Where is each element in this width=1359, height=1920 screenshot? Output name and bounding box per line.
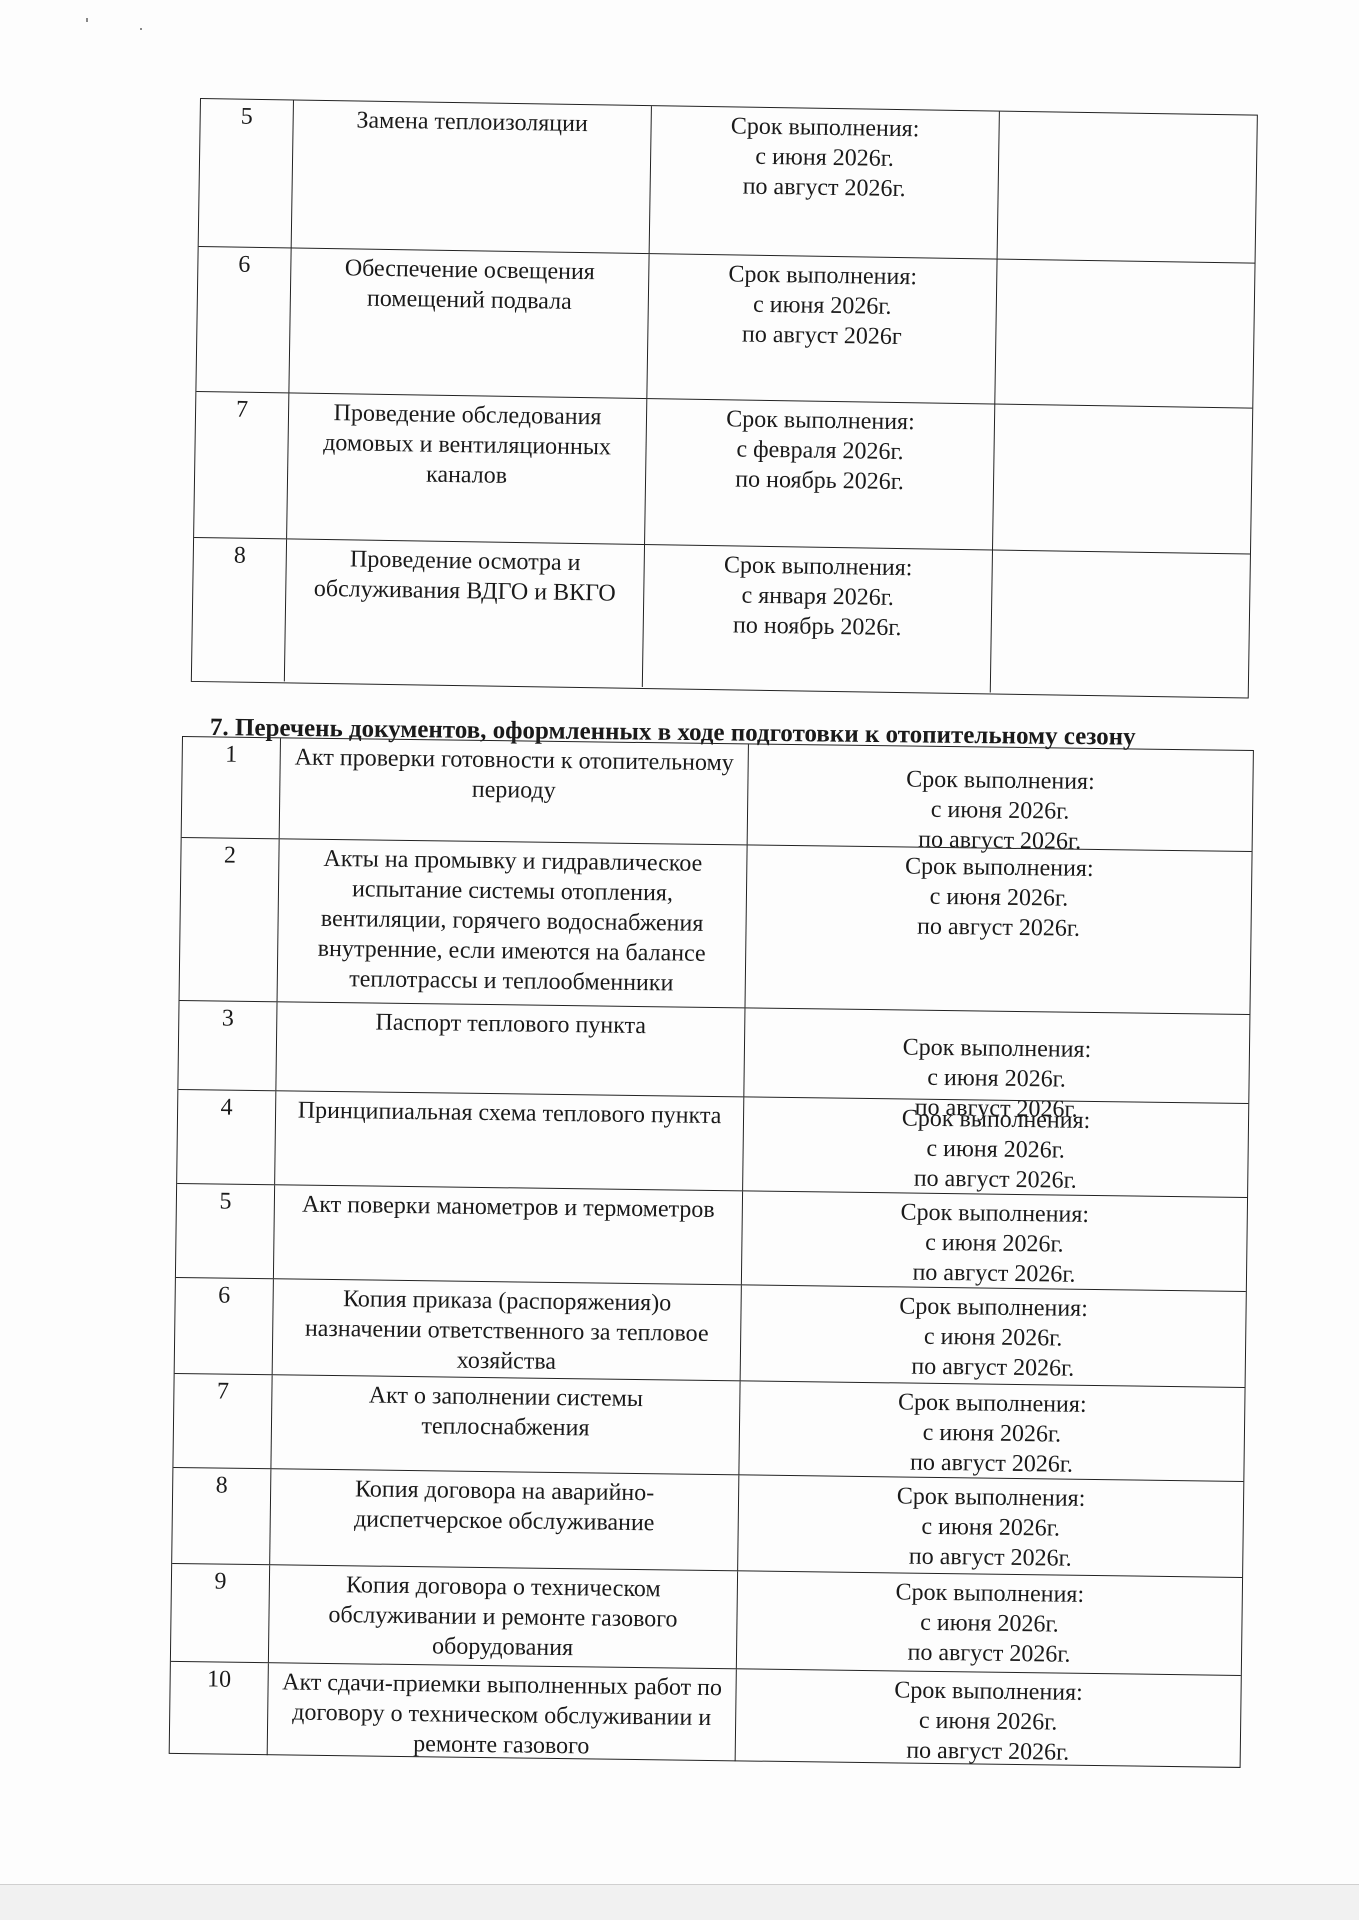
works-table: 5Замена теплоизоляцииСрок выполнения: с … <box>191 98 1258 699</box>
item-name: Принципиальная схема теплового пункта <box>274 1091 743 1190</box>
row-number: 9 <box>171 1564 269 1662</box>
row-number: 2 <box>180 838 279 1001</box>
deadline: Срок выполнения: с июня 2026г. по август… <box>741 1191 1247 1291</box>
table-row: 7Акт о заполнении системы теплоснабжения… <box>173 1373 1244 1481</box>
item-name: Паспорт теплового пункта <box>275 1002 744 1096</box>
deadline: Срок выполнения: с июня 2026г. по август… <box>747 744 1253 851</box>
row-number: 4 <box>177 1090 275 1184</box>
row-number: 3 <box>178 1001 276 1090</box>
item-name: Обеспечение освещения помещений подвала <box>288 248 648 398</box>
table-row: 7Проведение обследования домовых и венти… <box>194 391 1252 554</box>
table-row: 8Проведение осмотра и обслуживания ВДГО … <box>192 537 1250 697</box>
note-cell <box>997 112 1256 263</box>
table-row: 6Обеспечение освещения помещений подвала… <box>196 246 1254 408</box>
table-row: 2Акты на промывку и гидравлическое испыт… <box>180 837 1252 1014</box>
deadline: Срок выполнения: с июня 2026г. по август… <box>742 1097 1248 1197</box>
deadline: Срок выполнения: с июня 2026г. по август… <box>736 1571 1242 1675</box>
item-name: Акт сдачи-приемки выполненных работ по д… <box>267 1663 736 1761</box>
deadline: Срок выполнения: с июня 2026г. по август… <box>737 1475 1243 1577</box>
note-cell <box>992 405 1251 554</box>
note-cell <box>990 550 1249 696</box>
row-number: 8 <box>172 1468 270 1564</box>
item-name: Копия договора о техническом обслуживани… <box>268 1565 737 1668</box>
item-name: Проведение обследования домовых и вентил… <box>286 393 646 544</box>
row-number: 5 <box>199 99 293 247</box>
item-name: Акт о заполнении системы теплоснабжения <box>270 1375 739 1474</box>
deadline: Срок выполнения: с июня 2026г. по август… <box>740 1285 1246 1387</box>
scan-speck <box>140 28 142 30</box>
item-name: Копия приказа (распоряжения)о назначении… <box>272 1279 741 1380</box>
note-cell <box>994 260 1253 408</box>
item-name: Замена теплоизоляции <box>291 100 651 253</box>
row-number: 5 <box>176 1184 274 1278</box>
deadline: Срок выполнения: с февраля 2026г. по ноя… <box>644 399 994 549</box>
table-row: 9Копия договора о техническом обслуживан… <box>171 1563 1242 1675</box>
row-number: 10 <box>170 1662 268 1755</box>
table-row: 3Паспорт теплового пунктаСрок выполнения… <box>178 1000 1249 1103</box>
table-row: 10Акт сдачи-приемки выполненных работ по… <box>170 1661 1241 1768</box>
deadline: Срок выполнения: с июня 2026г. по август… <box>738 1381 1244 1481</box>
row-number: 7 <box>173 1374 271 1468</box>
table-row: 5Замена теплоизоляцииСрок выполнения: с … <box>199 99 1257 263</box>
row-number: 8 <box>192 538 286 681</box>
deadline: Срок выполнения: с июня 2026г. по август… <box>743 1008 1249 1103</box>
row-number: 1 <box>182 737 280 838</box>
table-row: 1Акт проверки готовности к отопительному… <box>182 737 1253 851</box>
deadline: Срок выполнения: с июня 2026г. по август… <box>649 106 999 258</box>
item-name: Акты на промывку и гидравлическое испыта… <box>277 839 747 1007</box>
table-row: 6Копия приказа (распоряжения)о назначени… <box>175 1277 1246 1387</box>
item-name: Копия договора на аварийно-диспетчерское… <box>269 1469 738 1570</box>
item-name: Акт поверки манометров и термометров <box>273 1185 742 1284</box>
row-number: 6 <box>196 247 290 392</box>
scan-speck <box>86 18 88 22</box>
deadline: Срок выполнения: с июня 2026г. по август… <box>735 1669 1241 1768</box>
table-row: 5Акт поверки манометров и термометровСро… <box>176 1183 1247 1291</box>
documents-table: 1Акт проверки готовности к отопительному… <box>169 736 1254 1768</box>
table-row: 4Принципиальная схема теплового пунктаСр… <box>177 1089 1248 1197</box>
deadline: Срок выполнения: с июня 2026г. по август… <box>646 254 996 403</box>
row-number: 6 <box>175 1278 273 1374</box>
row-number: 7 <box>194 392 288 538</box>
item-name: Акт проверки готовности к отопительному … <box>279 738 748 844</box>
table-row: 8Копия договора на аварийно-диспетчерско… <box>172 1467 1243 1577</box>
deadline: Срок выполнения: с июня 2026г. по август… <box>744 845 1251 1014</box>
deadline: Срок выполнения: с января 2026г. по нояб… <box>642 545 992 692</box>
scan-bottom-edge <box>0 1884 1359 1920</box>
item-name: Проведение осмотра и обслуживания ВДГО и… <box>284 539 644 687</box>
